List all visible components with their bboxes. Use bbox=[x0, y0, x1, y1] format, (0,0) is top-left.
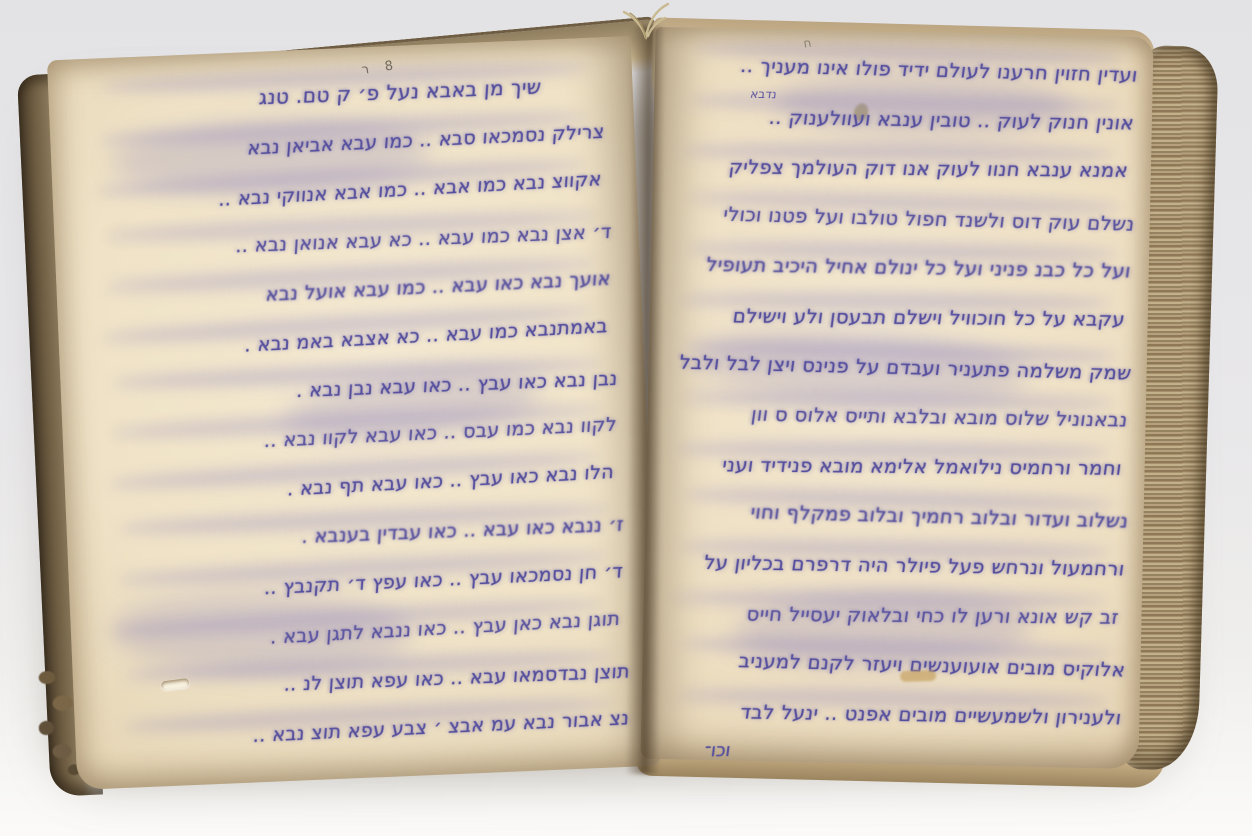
handwriting-line: נשלוב ועדור ובלוב רחמיך ובלוב פמקלף וחוי bbox=[661, 499, 1130, 533]
right-page: ח ועדין חזוין חרענו לעולם ידיד פולו אינו… bbox=[640, 27, 1153, 769]
photo-surface: ר 8 שיך מן באבא נעל פ׳ ק טם. טנגצרילק נס… bbox=[0, 0, 1252, 836]
handwriting-line: ועל כל כבנ פניני ועל כל ינולם אחיל היכיב… bbox=[663, 253, 1132, 283]
handwriting-line: ז׳ ננבא כאו עבא .. כאו עבדין בענבא . bbox=[96, 514, 625, 556]
handwriting-line: נבן נבא כאו עבץ .. כאו עבא נבן נבא . bbox=[90, 367, 619, 409]
handwriting-line: ועדין חזוין חרענו לעולם ידיד פולו אינו מ… bbox=[671, 52, 1140, 86]
handwriting-line: נצ אבור נבא עמ אבצ ׳ צבע עפא תוצ נבא .. bbox=[101, 707, 630, 754]
binding-thread bbox=[602, 0, 692, 42]
interlinear-note: נדבא bbox=[749, 87, 777, 102]
handwriting-line: אקווצ נבא כמו אבא .. כמו אבא אנווקי נבא … bbox=[73, 168, 603, 219]
handwriting-line: אלוקיס מובים אועוענשים ויעזר לקנם למעניב bbox=[658, 648, 1127, 682]
handwriting-line: הלו נבא כאו עבץ .. כאו עבא תף נבא . bbox=[85, 461, 615, 512]
handwriting-line: זב קש אונא ורען לו כחי ובלאוק יעסייל חיי… bbox=[651, 602, 1121, 629]
handwriting-line: עקבא על כל חוכוויל וישלם תבעסן ולע וישיל… bbox=[657, 304, 1127, 331]
handwriting-line: אועך נבא כאו עבא .. כמו עבא אועל נבא bbox=[82, 267, 611, 314]
gutter-shadow bbox=[625, 26, 664, 774]
handwriting-line: ד׳ אצן נבא כמו עבא .. כא עבא אנואן נבא .… bbox=[83, 221, 612, 263]
handwriting-line: צרילק נסמכאו סבא .. כמו עבא אביאן נבא bbox=[76, 121, 605, 168]
handwriting-line: וחמר ורחמיס נילואמל אלימא מובא פנידיד וע… bbox=[654, 453, 1124, 480]
handwriting-line: שיך מן באבא נעל פ׳ ק טם. טנג bbox=[77, 72, 606, 116]
handwriting-line: תוגן נבא כאן עבץ .. כאו ננבא לתגן עבא . bbox=[91, 608, 621, 659]
catchword: וכו־ bbox=[703, 740, 732, 761]
handwriting-right: ועדין חזוין חרענו לעולם ידיד פולו אינו מ… bbox=[655, 53, 1135, 731]
stain bbox=[900, 670, 936, 682]
handwriting-line: ולענירון ולשמעשיים מובים אפנט .. ינעל לב… bbox=[654, 699, 1123, 729]
handwriting-line: באמתנבא כמו עבא .. כא אצבא באמ נבא . bbox=[79, 315, 609, 366]
handwriting-line: ד׳ חן נסמכאו עבץ .. כאו עפץ ד׳ תקנבץ .. bbox=[94, 561, 623, 608]
left-page: ר 8 שיך מן באבא נעל פ׳ ק טם. טנגצרילק נס… bbox=[47, 36, 661, 790]
handwriting-line: נבאנוניל שלוס מובא ובלבא ותייס אלוס ס וו… bbox=[660, 402, 1129, 432]
handwriting-left: שיך מן באבא נעל פ׳ ק טם. טנגצרילק נסמכאו… bbox=[74, 71, 629, 753]
handwriting-line: שמק משלמה פתעניר ועבדם על פנינס ויצן לבל… bbox=[664, 350, 1133, 384]
handwriting-line: אמנא ענבא חנוו לעוק אנו דוק העולמך צפליק bbox=[660, 155, 1130, 182]
handwriting-line: אונין חנוק לעוק .. טובין ענבא ועוולענוק … bbox=[666, 104, 1135, 134]
handwriting-line: ורחמעול ונרחש פעל פיולר היה דרפרם בכליון… bbox=[657, 550, 1126, 580]
handwriting-line: נשלם עוק דוס ולשנד חפול טולבו ועל פטנו ו… bbox=[667, 201, 1136, 235]
